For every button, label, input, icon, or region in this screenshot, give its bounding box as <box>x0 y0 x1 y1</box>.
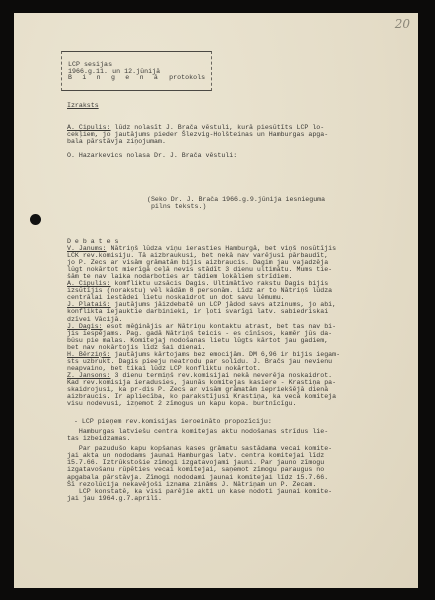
debate-line: visu nodevusi, izņemot 2 zīmogus un kapu… <box>67 401 297 408</box>
speaker-name: J. Dagis: <box>67 323 103 330</box>
speaker-name: J. Plataiš: <box>67 301 111 308</box>
proposal-line: tas izbeidzamas. <box>67 436 130 443</box>
opening-line-3: bala pārstāvja ziņojumam. <box>67 139 166 146</box>
header-line-3: B i n g e n ā protokols <box>68 75 211 82</box>
document-page: 20 LCP sesijas 1966.g.11. un 12.jūnijā B… <box>14 13 418 588</box>
handwritten-page-number: 20 <box>395 17 410 31</box>
opening-line-4: O. Hazarkevics nolasa Dr. J. Brača vēstu… <box>67 153 237 160</box>
proposal-line: - LCP pieņem rev.komisijas ieroeināto pr… <box>74 419 272 426</box>
proposal-line: jai jau 1964.g.7.aprilī. <box>67 496 162 503</box>
header-stamp-box: LCP sesijas 1966.g.11. un 12.jūnijā B i … <box>61 51 212 91</box>
punch-hole <box>30 214 41 225</box>
section-title: Izraksts <box>67 103 99 110</box>
note-line-2: pilns teksts.) <box>147 204 206 211</box>
speaker-name: V. Janums: <box>67 245 107 252</box>
speaker-name: A. Cipulis: <box>67 280 111 287</box>
speaker-name: H. Bērziņš: <box>67 351 111 358</box>
speaker-name: Z. Jansons: <box>67 372 111 379</box>
